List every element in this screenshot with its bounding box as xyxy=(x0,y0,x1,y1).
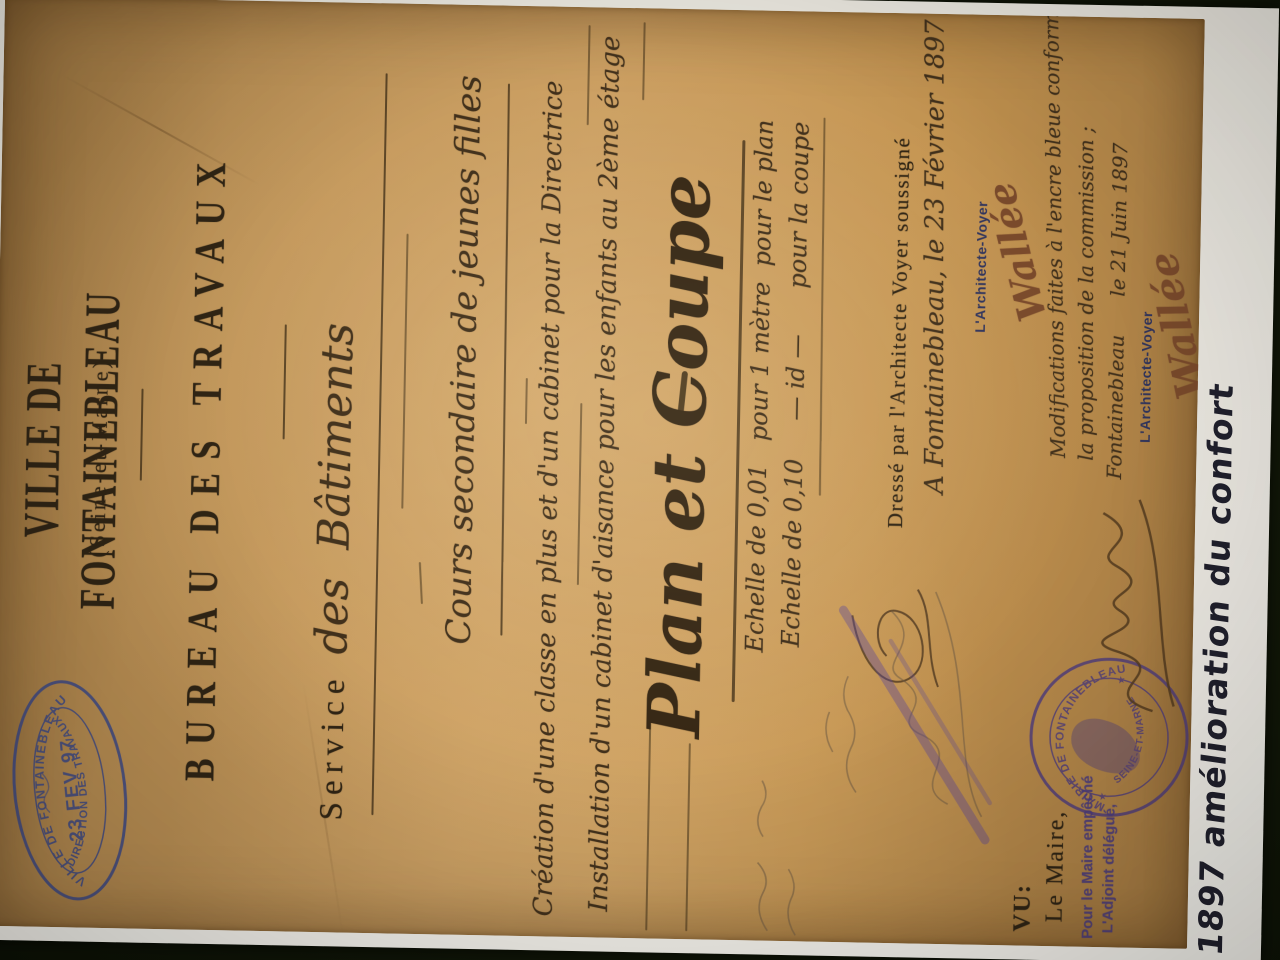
scale-line-2: Echelle de 0,10 — id — pour la coupe xyxy=(777,47,817,647)
plan-row-left-line-2 xyxy=(685,743,690,931)
service-underline xyxy=(371,73,387,815)
mayor-signature-scrawl xyxy=(1057,489,1196,727)
service-underline-2 xyxy=(401,234,408,509)
amendment-line-3: Fontainebleau le 21 Juin 1897 xyxy=(1102,29,1135,479)
school-underline xyxy=(500,84,510,636)
service-squiggle xyxy=(419,562,423,604)
bureau-rule xyxy=(283,324,287,439)
scale-underline xyxy=(819,118,825,496)
works-line-2-underline xyxy=(642,22,645,100)
vu-label: VU: xyxy=(1009,883,1037,932)
header-rule xyxy=(140,389,144,481)
purple-stamp-streak xyxy=(839,610,989,840)
marker-annotation: 1897 amélioration du confort xyxy=(1191,380,1260,956)
purple-stamp-streak-2 xyxy=(888,641,993,803)
maire-label: Le Maire, xyxy=(1041,809,1070,922)
works-line-1: Création d'une classe en plus et d'un ca… xyxy=(529,16,570,916)
amendment-line-2: la proposition de la commission ; xyxy=(1074,81,1099,461)
service-line: Service des Bâtiments xyxy=(301,60,367,821)
pencil-annotations xyxy=(733,570,1000,945)
document-title-bureau: BUREAU DES TRAVAUX xyxy=(174,30,238,901)
works-line-2: Installation d'un cabinet d'aisance pour… xyxy=(584,11,627,911)
attribution-place-date: A Fontainebleau, le 23 Février 1897 xyxy=(920,24,951,494)
works-line-1-underline-a xyxy=(577,403,582,585)
school-dash xyxy=(525,378,527,424)
document-portrait-content: VILLE DE FONTAINEBLEAU DIRECTION DES TRA… xyxy=(0,0,1205,949)
amendment-line-1: Modifications faites à l'encre bleue con… xyxy=(1039,18,1070,458)
attribution-printed-line: Dressé par l'Architecte Voyer soussigné xyxy=(883,38,917,528)
service-label-handwritten: des Bâtiments xyxy=(306,323,363,655)
photo-print: VILLE DE FONTAINEBLEAU DIRECTION DES TRA… xyxy=(0,0,1279,960)
document-paper: VILLE DE FONTAINEBLEAU DIRECTION DES TRA… xyxy=(0,0,1205,949)
photo-of-document: { "annotation": { "text": "1897 améliora… xyxy=(0,0,1280,960)
plan-title: Plan et Coupe xyxy=(630,140,727,772)
works-line-1-underline-b xyxy=(587,25,590,125)
delegation-stamp-line-2: L'Adjoint délégué, xyxy=(1099,723,1120,933)
scale-line-1: Echelle de 0,01 pour 1 mètre pour le pla… xyxy=(741,52,781,652)
marker-annotation-text: 1897 amélioration du confort xyxy=(1191,380,1241,958)
school-name-line: Cours secondaire de jeunes filles xyxy=(439,70,490,651)
service-label-printed: Service xyxy=(313,672,352,821)
delegation-stamp-line-1: Pour le Maire empêché xyxy=(1079,719,1096,939)
